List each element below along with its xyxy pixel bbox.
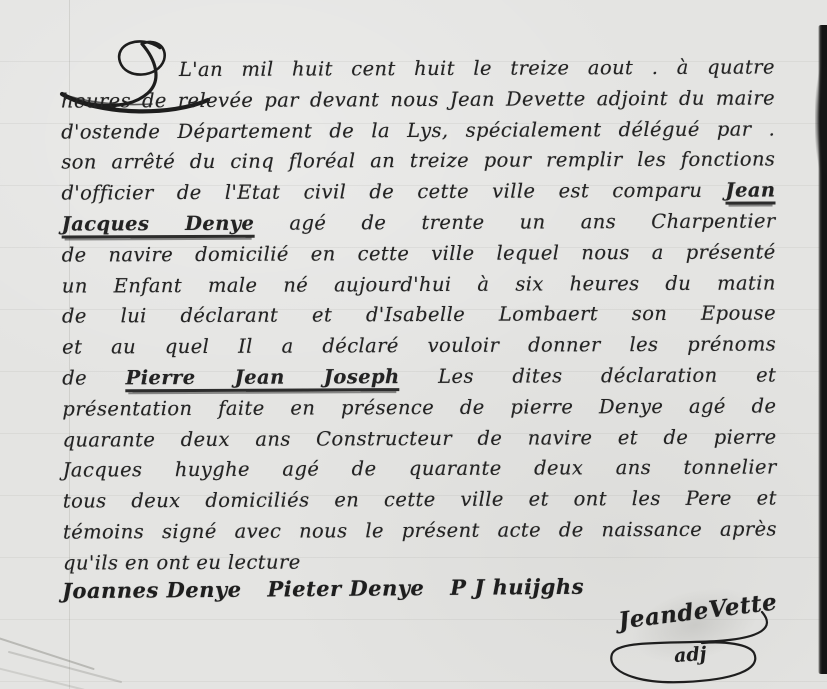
record-line: heures de relevée par devant nous Jean D… (61, 83, 775, 117)
official-signature-block: JeandeVette adj (600, 596, 790, 688)
official-signature-title: adj (673, 643, 707, 667)
record-line: tous deux domiciliés en cette ville et o… (63, 484, 777, 518)
record-line: qu'ils en ont eu lecture (63, 545, 777, 579)
record-line: d'officier de l'Etat civil de cette vill… (61, 176, 775, 210)
underlined-name-text: Pierre Jean Joseph (126, 365, 400, 392)
bleedthrough-stroke (0, 667, 85, 689)
record-line: de Pierre Jean Joseph Les dites déclarat… (62, 360, 776, 394)
record-text-segment: agé de trente un ans Charpentier (254, 209, 775, 234)
scanned-document-page: L'an mil huit cent huit le treize aout .… (0, 0, 827, 689)
record-text-segment: Jacques huyghe agé de quarante deux ans … (63, 456, 777, 482)
record-text: L'an mil huit cent huit le treize aout .… (61, 52, 777, 579)
record-text-segment: d'officier de l'Etat civil de cette vill… (61, 179, 725, 205)
witness-signatures: Joannes DenyePieter DenyeP J huijghs (62, 574, 584, 604)
record-line: un Enfant male né aujourd'hui à six heur… (62, 268, 776, 302)
record-text-segment: son arrêté du cinq floréal an treize pou… (61, 148, 775, 174)
record-line: son arrêté du cinq floréal an treize pou… (61, 145, 775, 179)
record-line: présentation faite en présence de pierre… (62, 391, 776, 425)
record-line: témoins signé avec nous le présent acte … (63, 514, 777, 548)
record-text-segment: de (62, 366, 125, 389)
underlined-name-text: Jacques Denye (62, 212, 255, 239)
record-text-segment: quarante deux ans Constructeur de navire… (62, 425, 776, 451)
record-line: d'ostende Département de la Lys, spécial… (61, 114, 775, 148)
record-text-segment: tous deux domiciliés en cette ville et o… (63, 487, 777, 513)
record-line: L'an mil huit cent huit le treize aout .… (61, 52, 775, 86)
record-line: de navire domicilié en cette ville leque… (62, 237, 776, 271)
record-text-segment: témoins signé avec nous le présent acte … (63, 517, 777, 543)
record-line: et au quel Il a déclaré vouloir donner l… (62, 330, 776, 364)
record-text-segment: L'an mil huit cent huit le treize aout .… (179, 55, 775, 81)
record-text-segment: présentation faite en présence de pierre… (62, 394, 776, 420)
record-text-segment: qu'ils en ont eu lecture (63, 550, 301, 574)
record-text-segment: de navire domicilié en cette ville leque… (62, 240, 776, 266)
record-line: quarante deux ans Constructeur de navire… (62, 422, 776, 456)
witness-signature: P J huijghs (450, 574, 584, 600)
witness-signature: Joannes Denye (62, 577, 242, 604)
record-text-segment: de lui déclarant et d'Isabelle Lombaert … (62, 302, 776, 328)
record-line: de lui déclarant et d'Isabelle Lombaert … (62, 299, 776, 333)
record-line: Jacques huyghe agé de quarante deux ans … (63, 453, 777, 487)
record-line: Jacques Denye agé de trente un ans Charp… (62, 206, 776, 240)
record-text-segment: et au quel Il a déclaré vouloir donner l… (62, 333, 776, 359)
record-text-segment: heures de relevée par devant nous Jean D… (61, 86, 775, 112)
underlined-name-text: Jean (725, 179, 775, 205)
record-text-segment: un Enfant male né aujourd'hui à six heur… (62, 271, 776, 297)
witness-signature: Pieter Denye (267, 575, 424, 601)
record-text-segment: d'ostende Département de la Lys, spécial… (61, 117, 775, 143)
book-binding-shadow (815, 60, 827, 180)
bleedthrough-stroke (8, 651, 122, 683)
record-text-segment: Les dites déclaration et (400, 363, 777, 388)
